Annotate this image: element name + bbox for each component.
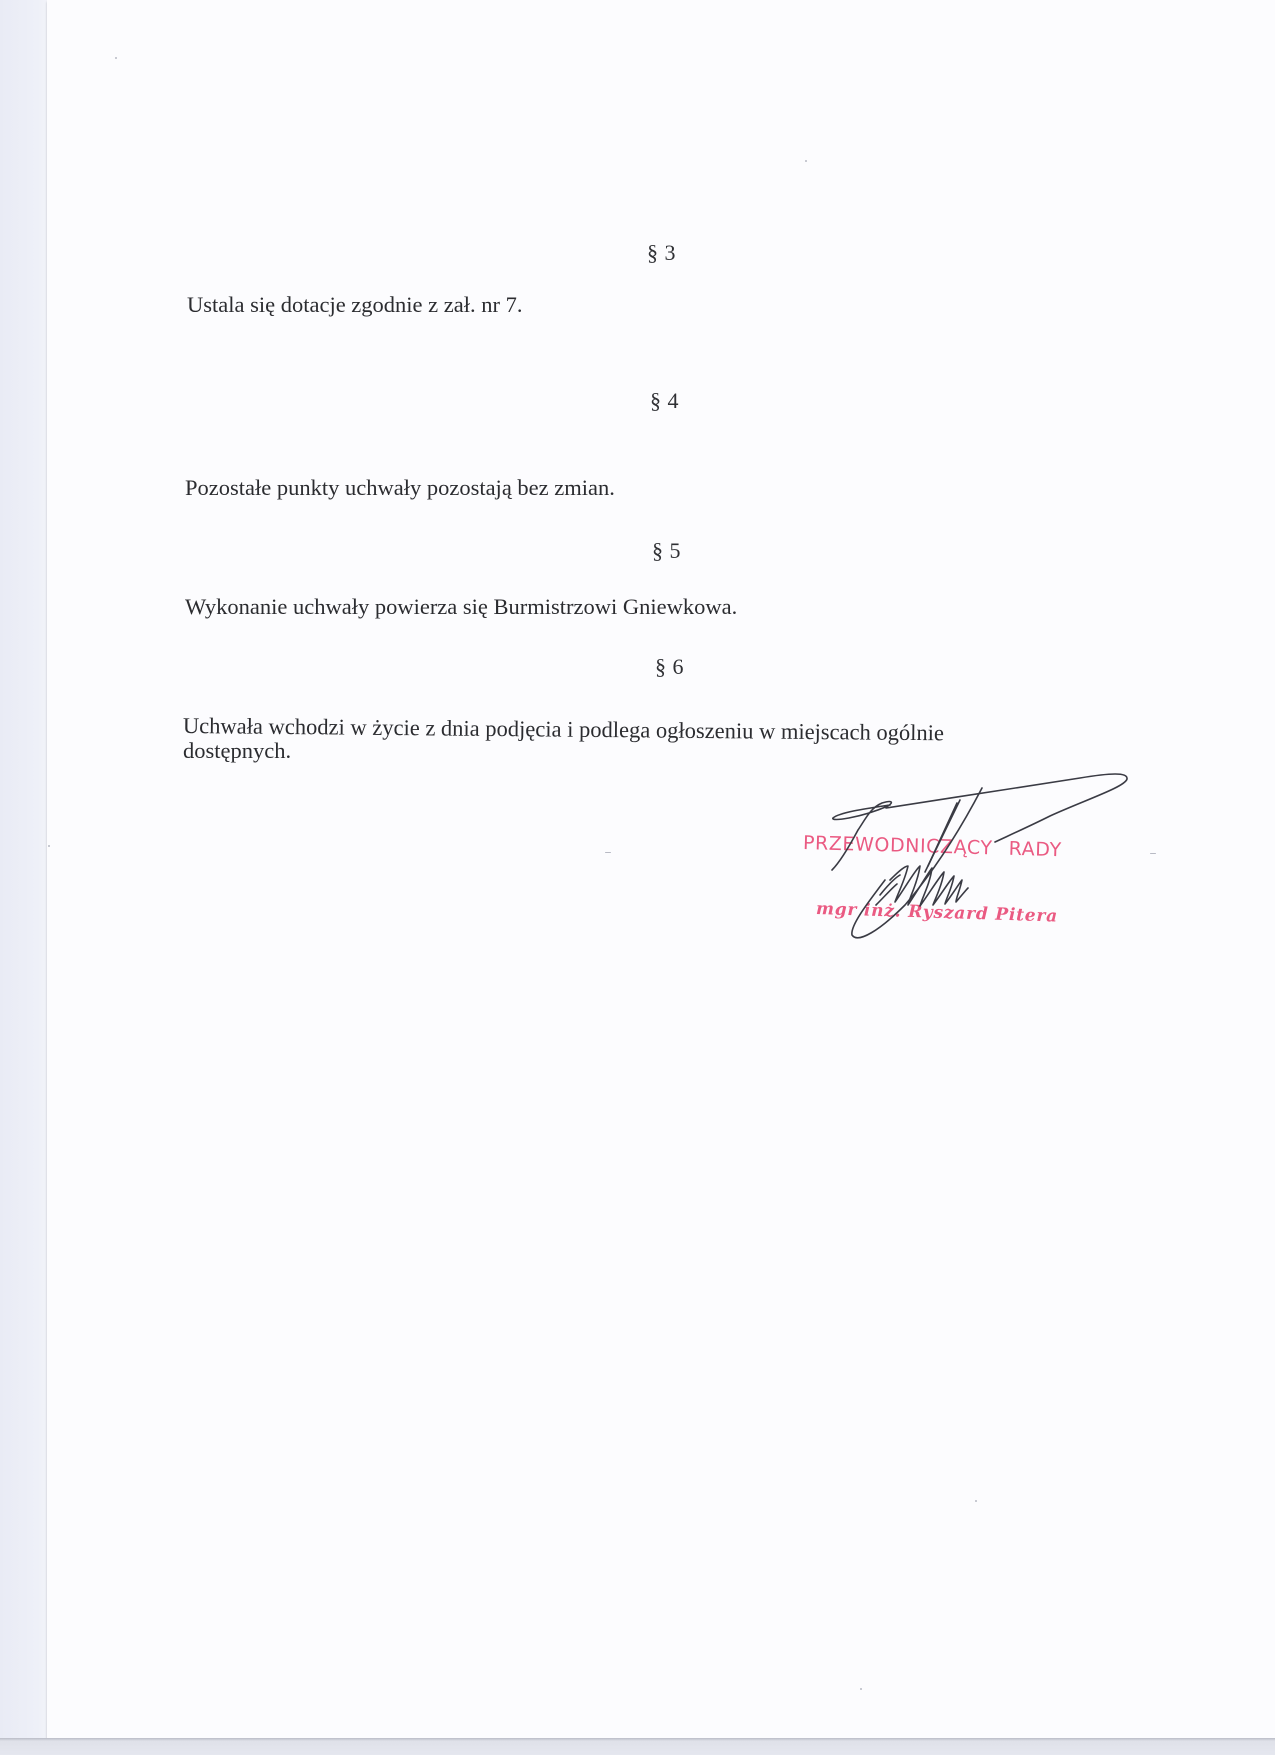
section-4-text: Pozostałe punkty uchwały pozostają bez z…	[185, 475, 615, 501]
section-6-text-line-2: dostępnych.	[183, 738, 291, 764]
section-mark-6: § 6	[655, 654, 684, 680]
scan-speck	[860, 1688, 862, 1690]
scan-speck	[605, 852, 611, 853]
scan-speck	[1150, 853, 1156, 854]
stamp-title-word-2: RADY	[1008, 838, 1062, 861]
scan-bottom-edge	[0, 1738, 1275, 1755]
section-mark-4: § 4	[650, 388, 679, 414]
section-mark-5: § 5	[652, 538, 681, 564]
scan-speck	[115, 57, 117, 59]
scan-speck	[975, 1500, 977, 1502]
section-mark-3: § 3	[647, 240, 676, 266]
scan-speck	[48, 845, 50, 847]
section-3-text: Ustala się dotacje zgodnie z zał. nr 7.	[187, 292, 523, 318]
section-5-text: Wykonanie uchwały powierza się Burmistrz…	[185, 594, 737, 620]
scan-margin-strip	[0, 0, 47, 1740]
scan-speck	[805, 160, 807, 162]
